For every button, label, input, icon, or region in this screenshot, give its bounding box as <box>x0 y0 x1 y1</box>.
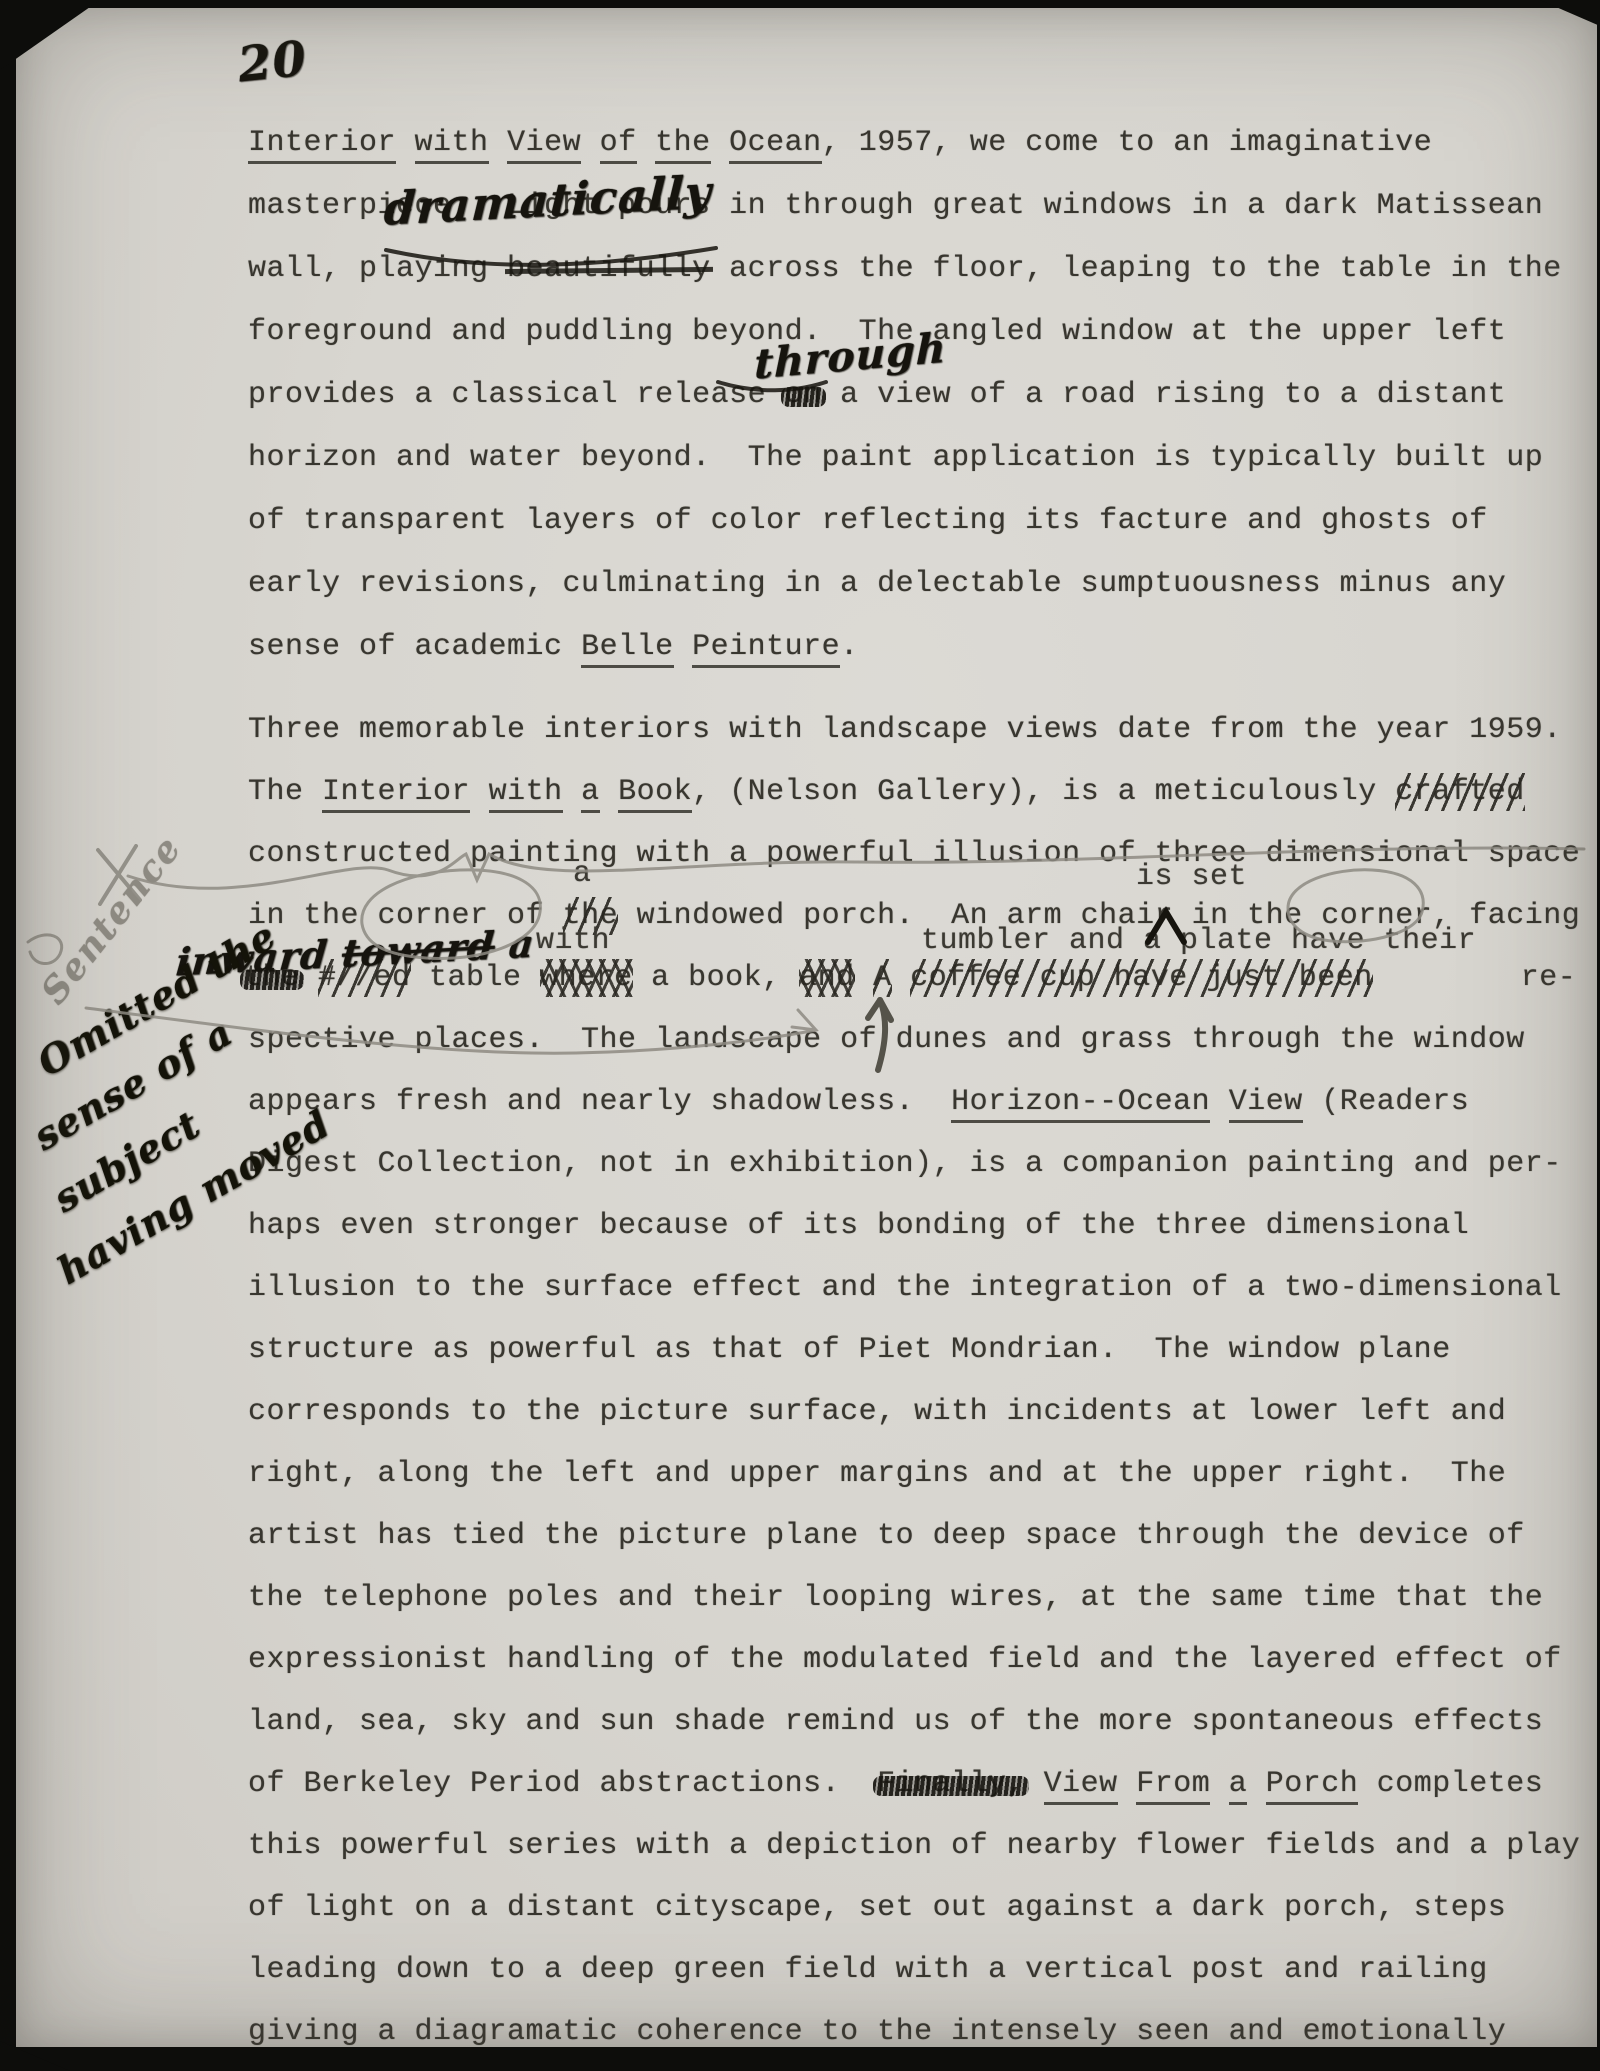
typed-text-segment <box>637 126 656 160</box>
typed-text-segment: Finally, <box>877 1767 1025 1801</box>
typed-insert: a <box>573 857 592 891</box>
typed-text-segment: giving a diagramatic coherence to the in… <box>248 2015 1506 2049</box>
typed-text-segment: Digest Collection, not in exhibition), i… <box>248 1147 1562 1181</box>
typed-text-segment: of transparent layers of color reflectin… <box>248 504 1488 538</box>
typed-line: right, along the left and upper margins … <box>248 1457 1506 1491</box>
typed-line: of light on a distant cityscape, set out… <box>248 1891 1506 1925</box>
typed-line: haps even stronger because of its bondin… <box>248 1209 1469 1243</box>
typed-text-segment: with <box>489 775 563 813</box>
typed-text-segment: a book, <box>633 961 800 995</box>
handwritten-word-struck: toward <box>340 923 497 976</box>
typed-text-segment: artist has tied the picture plane to dee… <box>248 1519 1525 1553</box>
typed-line: expressionist handling of the modulated … <box>248 1643 1562 1677</box>
typed-text-segment <box>581 126 600 160</box>
typed-text-segment: wall, playing <box>248 252 507 286</box>
typed-line: Three memorable interiors with landscape… <box>248 713 1562 747</box>
handwritten-insertion-dramatically: dramatically <box>383 165 713 235</box>
typed-text-segment: spective places. The landscape of dunes … <box>248 1023 1525 1057</box>
typed-text-segment: Book <box>618 775 692 813</box>
handwritten-page-number: 20 <box>235 31 309 94</box>
photo-corner-shadow <box>0 2041 70 2071</box>
typed-line: spective places. The landscape of dunes … <box>248 1023 1525 1057</box>
typed-text-segment <box>489 126 508 160</box>
typed-line: structure as powerful as that of Piet Mo… <box>248 1333 1451 1367</box>
typed-text-segment: horizon and water beyond. The paint appl… <box>248 441 1543 475</box>
typed-text-segment: with <box>415 126 489 164</box>
typed-text-segment: The <box>248 775 322 809</box>
typed-text-segment <box>1247 1767 1266 1801</box>
typed-text-segment: illusion to the surface effect and the i… <box>248 1271 1562 1305</box>
typed-text-segment: Ocean <box>729 126 822 164</box>
typed-text-segment <box>470 775 489 809</box>
typed-line: the telephone poles and their looping wi… <box>248 1581 1543 1615</box>
typed-text-segment: View <box>507 126 581 164</box>
typed-text-segment: right, along the left and upper margins … <box>248 1457 1506 1491</box>
typed-line: The Interior with a Book, (Nelson Galler… <box>248 775 1525 809</box>
typed-line: illusion to the surface effect and the i… <box>248 1271 1562 1305</box>
typed-text-segment <box>396 126 415 160</box>
typed-line: corresponds to the picture surface, with… <box>248 1395 1506 1429</box>
typed-text-segment: coffee cup have just been <box>910 961 1373 995</box>
typed-line: Interior with View of the Ocean, 1957, w… <box>248 126 1432 160</box>
scanned-manuscript-photo: 20 Interior with View of the Ocean, 1957… <box>0 0 1600 2071</box>
typed-text-segment: Belle <box>581 630 674 668</box>
typed-text-segment: crafted <box>1395 775 1525 809</box>
typed-text-segment: a <box>581 775 600 813</box>
typed-line: land, sea, sky and sun shade remind us o… <box>248 1705 1543 1739</box>
typed-text-segment: corresponds to the picture surface, with… <box>248 1395 1506 1429</box>
typed-text-segment: leading down to a deep green field with … <box>248 1953 1488 1987</box>
typed-line: appears fresh and nearly shadowless. Hor… <box>248 1085 1469 1119</box>
typed-text-segment: sense of academic <box>248 630 581 664</box>
typed-line: giving a diagramatic coherence to the in… <box>248 2015 1506 2049</box>
typed-text-segment: beautifully <box>507 252 711 286</box>
typed-text-segment: View <box>1229 1085 1303 1123</box>
typed-text-segment: early revisions, culminating in a delect… <box>248 567 1506 601</box>
typed-text-segment: Horizon--Ocean <box>951 1085 1210 1123</box>
typed-line: provides a classical release on a view o… <box>248 378 1506 412</box>
typed-text-segment: constructed painting with a powerful ill… <box>248 837 1580 871</box>
typed-text-segment: re- <box>1373 961 1577 995</box>
handwritten-word: a <box>507 920 537 967</box>
typed-text-segment <box>892 961 911 995</box>
typed-line: of Berkeley Period abstractions. Finally… <box>248 1767 1543 1801</box>
typed-text-segment <box>855 961 874 995</box>
typed-text-segment: structure as powerful as that of Piet Mo… <box>248 1333 1451 1367</box>
typed-text-segment: (Readers <box>1303 1085 1470 1119</box>
typed-text-segment: provides a classical release <box>248 378 785 412</box>
typed-insert: with <box>536 924 610 958</box>
typed-text-segment: a view of a road rising to a distant <box>822 378 1507 412</box>
typed-text-segment: of Berkeley Period abstractions. <box>248 1767 877 1801</box>
typed-text-segment <box>1210 1085 1229 1119</box>
typed-insert: is set <box>1136 860 1247 894</box>
typed-text-segment <box>563 775 582 809</box>
typed-text-segment: Porch <box>1266 1767 1359 1805</box>
typed-text-segment: A <box>873 961 892 995</box>
typed-line: early revisions, culminating in a delect… <box>248 567 1506 601</box>
typed-line: artist has tied the picture plane to dee… <box>248 1519 1525 1553</box>
typed-text-segment: completes <box>1358 1767 1543 1801</box>
typed-text-segment: Interior <box>248 126 396 164</box>
typed-line: horizon and water beyond. The paint appl… <box>248 441 1543 475</box>
typed-text-segment <box>600 775 619 809</box>
typed-text-segment: of light on a distant cityscape, set out… <box>248 1891 1506 1925</box>
typed-line: sense of academic Belle Peinture. <box>248 630 859 664</box>
typed-text-segment <box>711 126 730 160</box>
photo-corner-shadow <box>1540 0 1600 26</box>
typed-line: this powerful series with a depiction of… <box>248 1829 1580 1863</box>
typed-text-segment: the <box>655 126 711 164</box>
typed-line: leading down to a deep green field with … <box>248 1953 1488 1987</box>
typed-text-segment: , (Nelson Gallery), is a meticulously <box>692 775 1395 809</box>
typed-text-segment: haps even stronger because of its bondin… <box>248 1209 1469 1243</box>
typed-text-segment: a <box>1229 1767 1248 1805</box>
typed-text-segment: View <box>1044 1767 1118 1805</box>
photo-corner-shadow <box>0 0 100 70</box>
typed-text-segment: From <box>1136 1767 1210 1805</box>
typed-text-segment: expressionist handling of the modulated … <box>248 1643 1562 1677</box>
manuscript-page: 20 Interior with View of the Ocean, 1957… <box>16 8 1597 2047</box>
typed-text-segment <box>1210 1767 1229 1801</box>
typed-text-segment: and <box>799 961 855 995</box>
typed-text-segment: the telephone poles and their looping wi… <box>248 1581 1543 1615</box>
typed-text-segment: land, sea, sky and sun shade remind us o… <box>248 1705 1543 1739</box>
typed-text-segment: across the floor, leaping to the table i… <box>711 252 1562 286</box>
typed-line: Digest Collection, not in exhibition), i… <box>248 1147 1562 1181</box>
typed-text-segment: appears fresh and nearly shadowless. <box>248 1085 951 1119</box>
typed-text-segment: where <box>540 961 633 995</box>
typed-text-segment: Interior <box>322 775 470 813</box>
typed-text-segment: . <box>840 630 859 664</box>
typed-text-segment <box>674 630 693 664</box>
typed-insert: tumbler and a plate have their <box>921 924 1476 958</box>
typed-text-segment: Peinture <box>692 630 840 668</box>
typed-text-segment <box>1118 1767 1137 1801</box>
typed-text-segment: this powerful series with a depiction of… <box>248 1829 1580 1863</box>
typed-line: of transparent layers of color reflectin… <box>248 504 1488 538</box>
typed-line: constructed painting with a powerful ill… <box>248 837 1580 871</box>
typed-text-segment: , 1957, we come to an imaginative <box>822 126 1433 160</box>
typed-text-segment: of <box>600 126 637 164</box>
typed-line: wall, playing beautifully across the flo… <box>248 252 1562 286</box>
typed-text-segment: Three memorable interiors with landscape… <box>248 713 1562 747</box>
